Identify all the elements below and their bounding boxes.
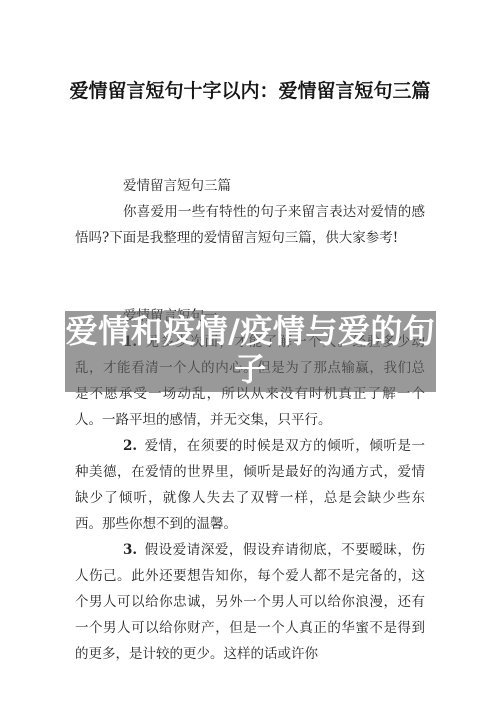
document-title: 爱情留言短句十字以内：爱情留言短句三篇: [62, 76, 438, 107]
list-item: 3.假设爱请深爱，假设弃请彻底，不要暧昧，伤人伤己。此外还要想告知你，每个爱人都…: [75, 537, 425, 667]
list-item-number: 2.: [123, 438, 137, 454]
intro-heading: 爱情留言短句三篇: [75, 173, 425, 199]
watermark-overlay: 爱情和疫情/疫情与爱的句子: [65, 311, 436, 392]
list-item-text: 假设爱请深爱，假设弃请彻底，不要暧昧，伤人伤己。此外还要想告知你，每个爱人都不是…: [75, 542, 425, 662]
document-page: 爱情留言短句十字以内：爱情留言短句三篇 爱情留言短句三篇 你喜爱用一些有特性的句…: [0, 0, 500, 706]
list-item: 2.爱情，在须要的时候是双方的倾听，倾听是一种美德，在爱情的世界里，倾听是最好的…: [75, 433, 425, 537]
list-item-number: 3.: [123, 542, 137, 558]
intro-paragraph: 你喜爱用一些有特性的句子来留言表达对爱情的感悟吗?下面是我整理的爱情留言短句三篇…: [75, 199, 425, 251]
watermark-text: 爱情和疫情/疫情与爱的句子: [65, 311, 436, 388]
document-body: 爱情留言短句三篇 你喜爱用一些有特性的句子来留言表达对爱情的感悟吗?下面是我整理…: [75, 173, 425, 667]
